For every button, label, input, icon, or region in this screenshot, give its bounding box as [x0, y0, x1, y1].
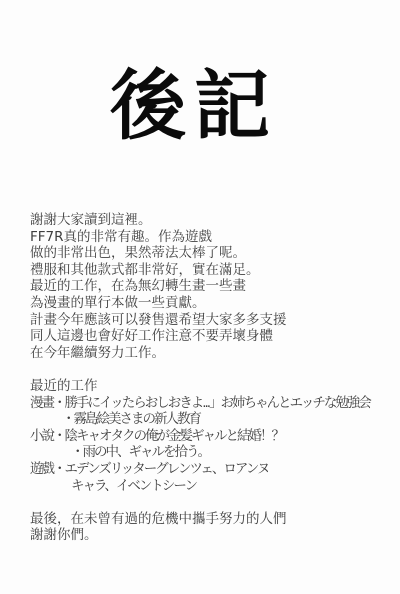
recent-work-section: 最近的工作 漫畫・勝手にイッたらおしおきよ...」お姉ちゃんとエッチな勉強会 ・… — [30, 378, 395, 494]
thanks-paragraph: 謝謝大家讀到這裡。 FF7R真的非常有趣。作為遊戲 做的非常出色，果然蒂法太棒了… — [30, 212, 395, 361]
closing-line: 謝謝你們。 — [30, 527, 395, 544]
work-item-game: 遊戲・エデンズリッターグレンツェ、ロアンヌ — [30, 461, 395, 478]
paragraph-line: 在今年繼續努力工作。 — [30, 345, 395, 362]
work-item-novel-sub: ・雨の中、ギャルを拾う。 — [30, 444, 395, 461]
paragraph-line: 禮服和其他款式都非常好，實在滿足。 — [30, 262, 395, 279]
blank-line — [30, 494, 395, 511]
recent-work-heading: 最近的工作 — [30, 378, 395, 395]
work-item-manga: 漫畫・勝手にイッたらおしおきよ...」お姉ちゃんとエッチな勉強会 — [30, 395, 395, 412]
paragraph-line: 謝謝大家讀到這裡。 — [30, 212, 395, 229]
work-item-manga-sub: ・霧島絵美さまの新人教育 — [30, 411, 395, 428]
paragraph-line: 計畫今年應該可以發售還希望大家多多支援 — [30, 312, 395, 329]
paragraph-line: 同人這邊也會好好工作注意不要弄壞身體 — [30, 328, 395, 345]
closing-line: 最後，在未曾有過的危機中攜手努力的人們 — [30, 511, 395, 528]
afterword-body: 謝謝大家讀到這裡。 FF7R真的非常有趣。作為遊戲 做的非常出色，果然蒂法太棒了… — [30, 212, 395, 544]
closing-paragraph: 最後，在未曾有過的危機中攜手努力的人們 謝謝你們。 — [30, 511, 395, 544]
blank-line — [30, 361, 395, 378]
afterword-page: 後記 謝謝大家讀到這裡。 FF7R真的非常有趣。作為遊戲 做的非常出色，果然蒂法… — [0, 0, 400, 594]
paragraph-line: 為漫畫的單行本做一些貢獻。 — [30, 295, 395, 312]
work-item-novel: 小說・陰キャオタクの俺が金髪ギャルと結婚！？ — [30, 428, 395, 445]
page-title: 後記 — [110, 64, 278, 148]
paragraph-line: 做的非常出色，果然蒂法太棒了呢。 — [30, 245, 395, 262]
work-item-game-sub: キャラ、イベントシーン — [30, 478, 395, 495]
paragraph-line: 最近的工作，在為無幻轉生畫一些畫 — [30, 278, 395, 295]
paragraph-line: FF7R真的非常有趣。作為遊戲 — [30, 229, 395, 246]
